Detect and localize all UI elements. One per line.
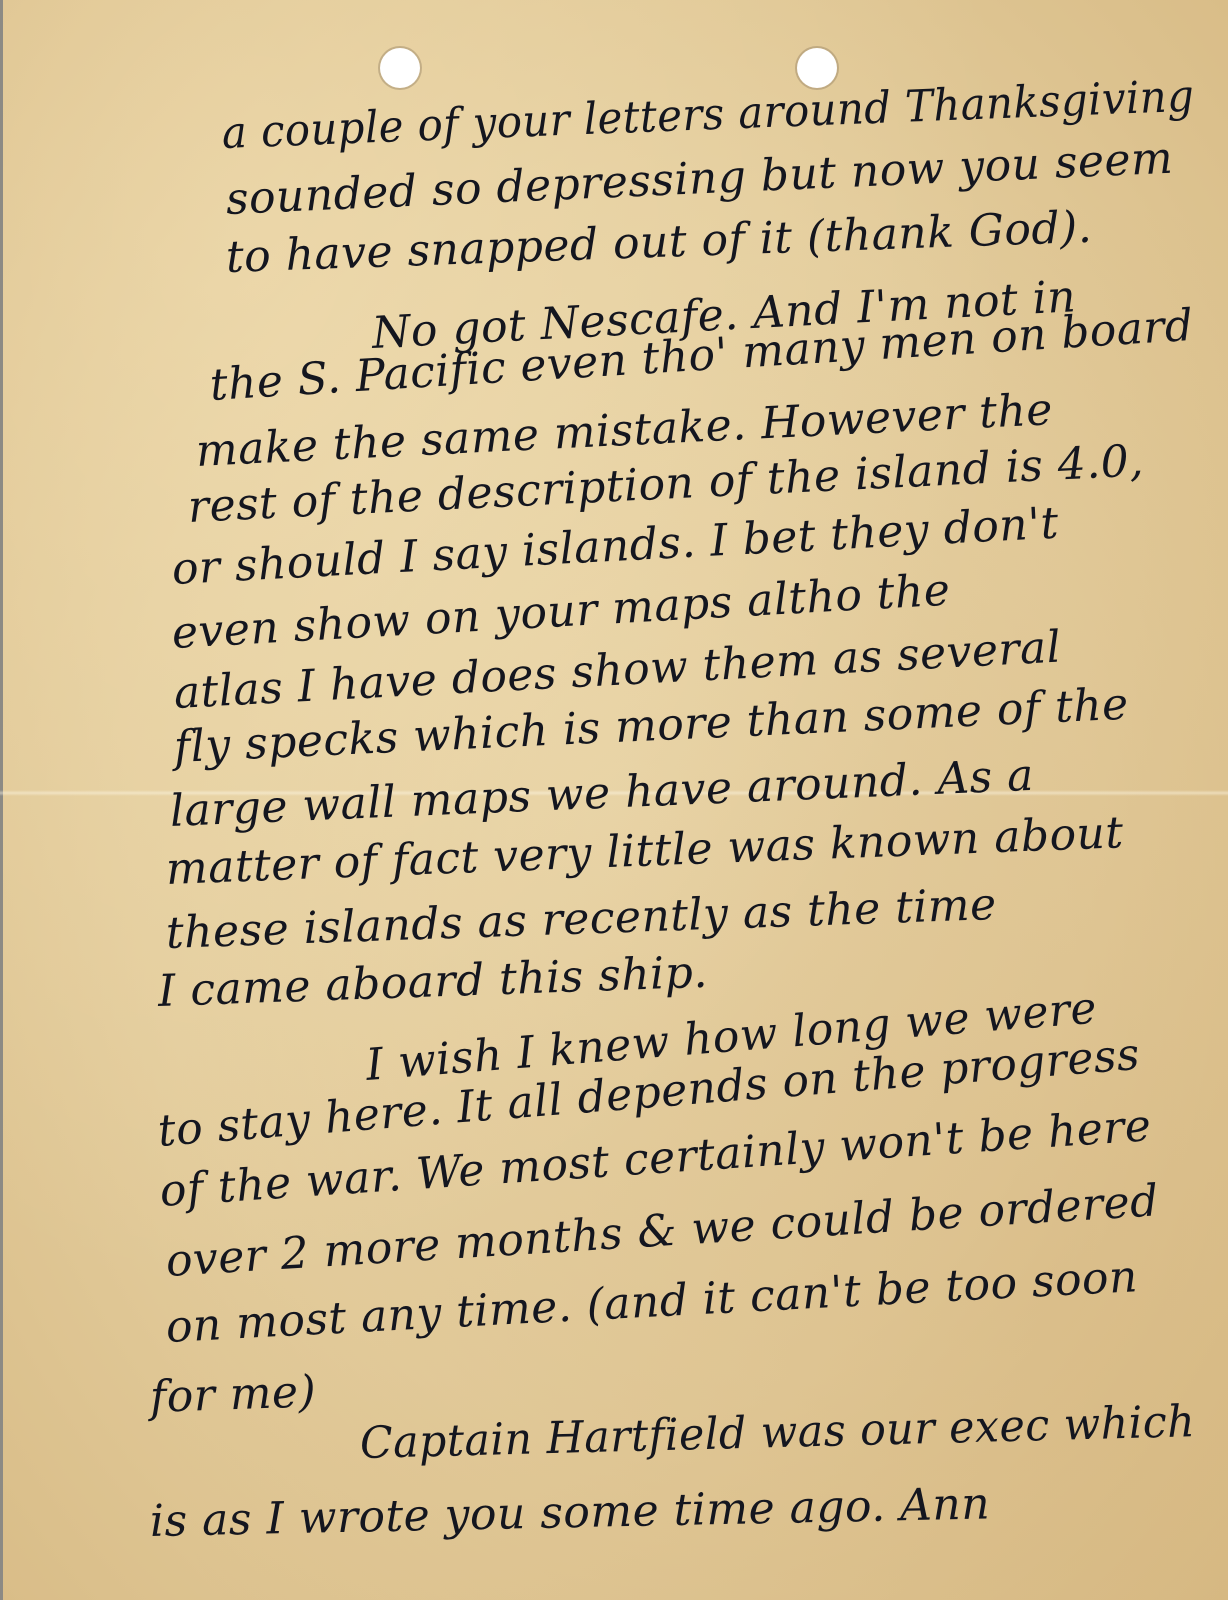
handwritten-line: for me) <box>149 1370 317 1420</box>
handwritten-line: I came aboard this ship. <box>157 951 708 1014</box>
handwritten-line: these islands as recently as the time <box>165 883 997 956</box>
letter-body: a couple of your letters around Thanksgi… <box>0 0 1228 1600</box>
letter-page: a couple of your letters around Thanksgi… <box>0 0 1228 1600</box>
handwritten-line: Captain Hartfield was our exec which <box>359 1400 1195 1466</box>
handwritten-line: is as I wrote you some time ago. Ann <box>150 1482 991 1544</box>
